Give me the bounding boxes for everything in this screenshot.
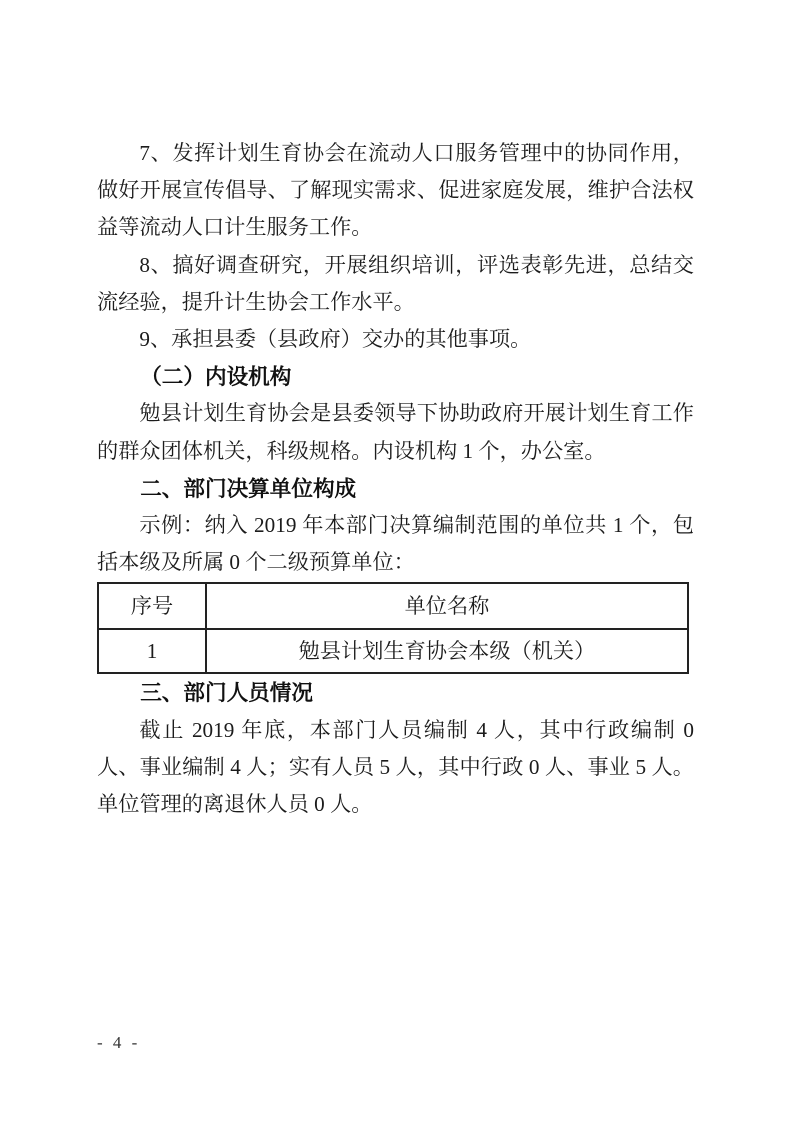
paragraph-internal-organization: 勉县计划生育协会是县委领导下协助政府开展计划生育工作的群众团体机关，科级规格。内…	[97, 395, 694, 469]
heading-unit-composition: 二、部门决算单位构成	[97, 470, 694, 507]
cell-row-index: 1	[98, 629, 206, 673]
column-header-index: 序号	[98, 583, 206, 629]
unit-table-header-row: 序号 单位名称	[98, 583, 688, 629]
document-body: 7、发挥计划生育协会在流动人口服务管理中的协同作用，做好开展宣传倡导、了解现实需…	[97, 135, 694, 823]
column-header-unit-name: 单位名称	[206, 583, 688, 629]
unit-table-row: 1 勉县计划生育协会本级（机关）	[98, 629, 688, 673]
unit-table: 序号 单位名称 1 勉县计划生育协会本级（机关）	[97, 582, 689, 674]
heading-internal-organization: （二）内设机构	[97, 358, 694, 395]
paragraph-duty-9: 9、承担县委（县政府）交办的其他事项。	[97, 321, 694, 358]
paragraph-unit-composition: 示例：纳入 2019 年本部门决算编制范围的单位共 1 个，包括本级及所属 0 …	[97, 507, 694, 581]
page-number: - 4 -	[97, 1033, 140, 1053]
cell-unit-name: 勉县计划生育协会本级（机关）	[206, 629, 688, 673]
document-page: 7、发挥计划生育协会在流动人口服务管理中的协同作用，做好开展宣传倡导、了解现实需…	[0, 0, 793, 1122]
paragraph-duty-8: 8、搞好调查研究，开展组织培训，评选表彰先进，总结交流经验，提升计生协会工作水平…	[97, 247, 694, 321]
paragraph-duty-7: 7、发挥计划生育协会在流动人口服务管理中的协同作用，做好开展宣传倡导、了解现实需…	[97, 135, 694, 247]
paragraph-personnel: 截止 2019 年底，本部门人员编制 4 人，其中行政编制 0 人、事业编制 4…	[97, 712, 694, 824]
heading-personnel: 三、部门人员情况	[97, 674, 694, 711]
